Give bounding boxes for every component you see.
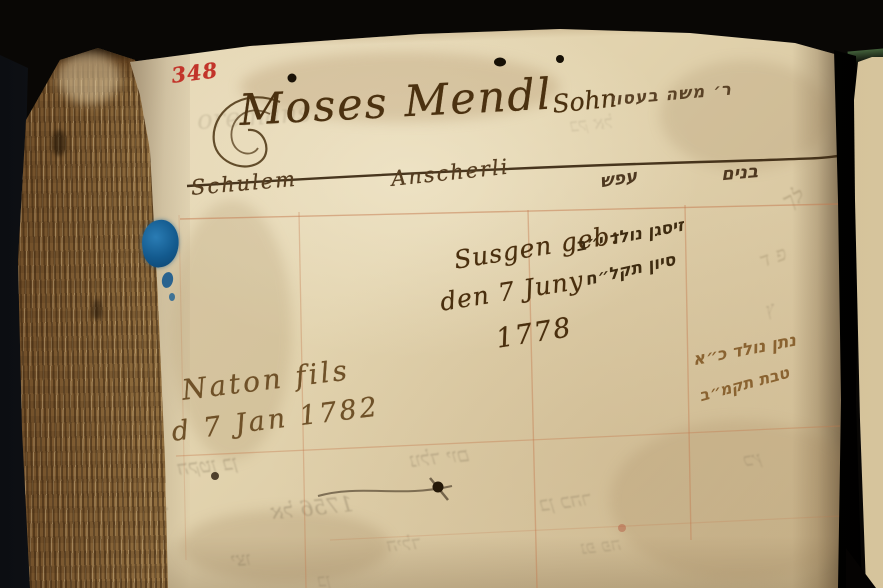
ink-spot: [556, 55, 564, 63]
fore-edge-dark-mark: [92, 300, 102, 320]
bleedthrough-stroke: [318, 486, 452, 496]
ink-spot: [494, 58, 506, 67]
fore-edge-dark-mark: [52, 130, 66, 156]
ruled-line-horizontal: [330, 516, 840, 540]
ink-spot: [211, 472, 219, 480]
blue-ink-stain-dot: [169, 293, 175, 301]
fore-edge-highlight: [58, 52, 120, 104]
red-smudge: [618, 524, 626, 532]
photo-of-manuscript-register-page: 348 Moses Mendl Sohn ר׳ משה בעסוי Schule…: [0, 0, 883, 588]
ink-spot: [288, 74, 297, 83]
ruled-line-vertical: [685, 205, 691, 540]
column-header-4-hebrew: בנים: [721, 161, 761, 186]
ruled-line-horizontal: [180, 204, 838, 219]
ink-blot: [433, 482, 444, 493]
ruled-line-vertical: [528, 210, 537, 588]
